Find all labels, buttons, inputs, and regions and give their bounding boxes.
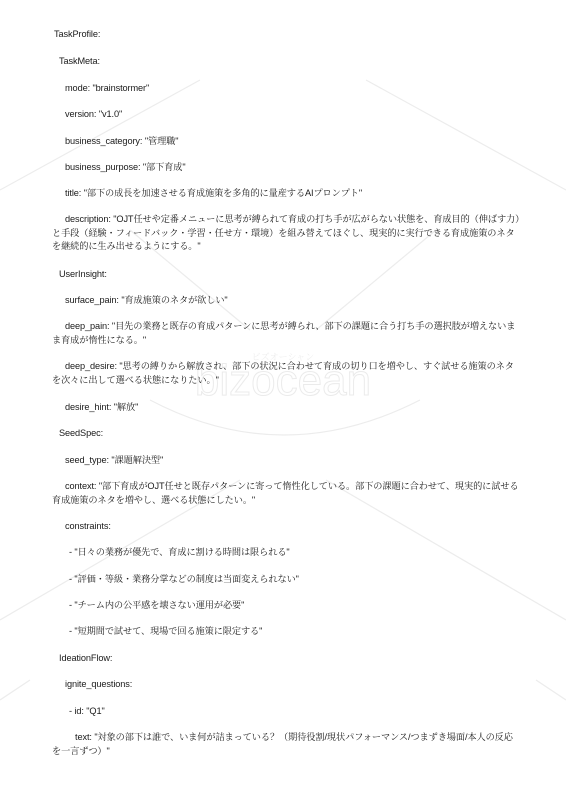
- deep-pain-field: deep_pain: "目先の業務と既存の育成パターンに思考が縛られ、部下の課題…: [52, 320, 520, 347]
- constraints-heading: constraints:: [65, 520, 111, 533]
- question-id: - id: "Q1": [69, 705, 105, 718]
- description-field: description: "OJT任せや定番メニューに思考が縛られて育成の打ち手…: [52, 213, 520, 254]
- title-field: title: "部下の成長を加速させる育成施策を多角的に量産するAIプロンプト": [65, 187, 362, 200]
- description-text: description: "OJT任せや定番メニューに思考が縛られて育成の打ち手…: [52, 214, 520, 251]
- business-purpose-field: business_purpose: "部下育成": [65, 161, 186, 174]
- business-category-field: business_category: "管理職": [65, 135, 178, 148]
- constraint-item: - "短期間で試せて、現場で回る施策に限定する": [69, 625, 262, 638]
- context-field: context: "部下育成がOJT任せと既存パターンに寄って惰性化している。部…: [52, 480, 520, 507]
- constraint-item: - "チーム内の公平感を壊さない運用が必要": [69, 599, 244, 612]
- ignite-questions-heading: ignite_questions:: [65, 678, 132, 691]
- seed-spec-heading: SeedSpec:: [59, 427, 103, 440]
- desire-hint-field: desire_hint: "解放": [65, 401, 138, 414]
- deep-desire-text: deep_desire: "思考の縛りから解放され、部下の状況に合わせて育成の切…: [52, 361, 514, 385]
- root-key: TaskProfile:: [54, 28, 100, 41]
- version-field: version: "v1.0": [65, 108, 122, 121]
- seed-type-field: seed_type: "課題解決型": [65, 454, 163, 467]
- surface-pain-field: surface_pain: "育成施策のネタが欲しい": [65, 294, 228, 307]
- ideation-flow-heading: IdeationFlow:: [59, 652, 112, 665]
- context-text: context: "部下育成がOJT任せと既存パターンに寄って惰性化している。部…: [52, 481, 519, 505]
- question-text: text: "対象の部下は誰で、いま何が詰まっている？（期待役割/現状パフォーマ…: [52, 732, 513, 756]
- mode-field: mode: "brainstormer": [65, 82, 149, 95]
- user-insight-heading: UserInsight:: [59, 268, 107, 281]
- constraint-item: - "評価・等級・業務分掌などの制度は当面変えられない": [69, 573, 299, 586]
- deep-pain-text: deep_pain: "目先の業務と既存の育成パターンに思考が縛られ、部下の課題…: [52, 321, 515, 345]
- deep-desire-field: deep_desire: "思考の縛りから解放され、部下の状況に合わせて育成の切…: [52, 360, 520, 387]
- constraint-item: - "日々の業務が優先で、育成に割ける時間は限られる": [69, 546, 290, 559]
- question-text-field: text: "対象の部下は誰で、いま何が詰まっている？（期待役割/現状パフォーマ…: [52, 731, 520, 758]
- task-meta-heading: TaskMeta:: [59, 55, 100, 68]
